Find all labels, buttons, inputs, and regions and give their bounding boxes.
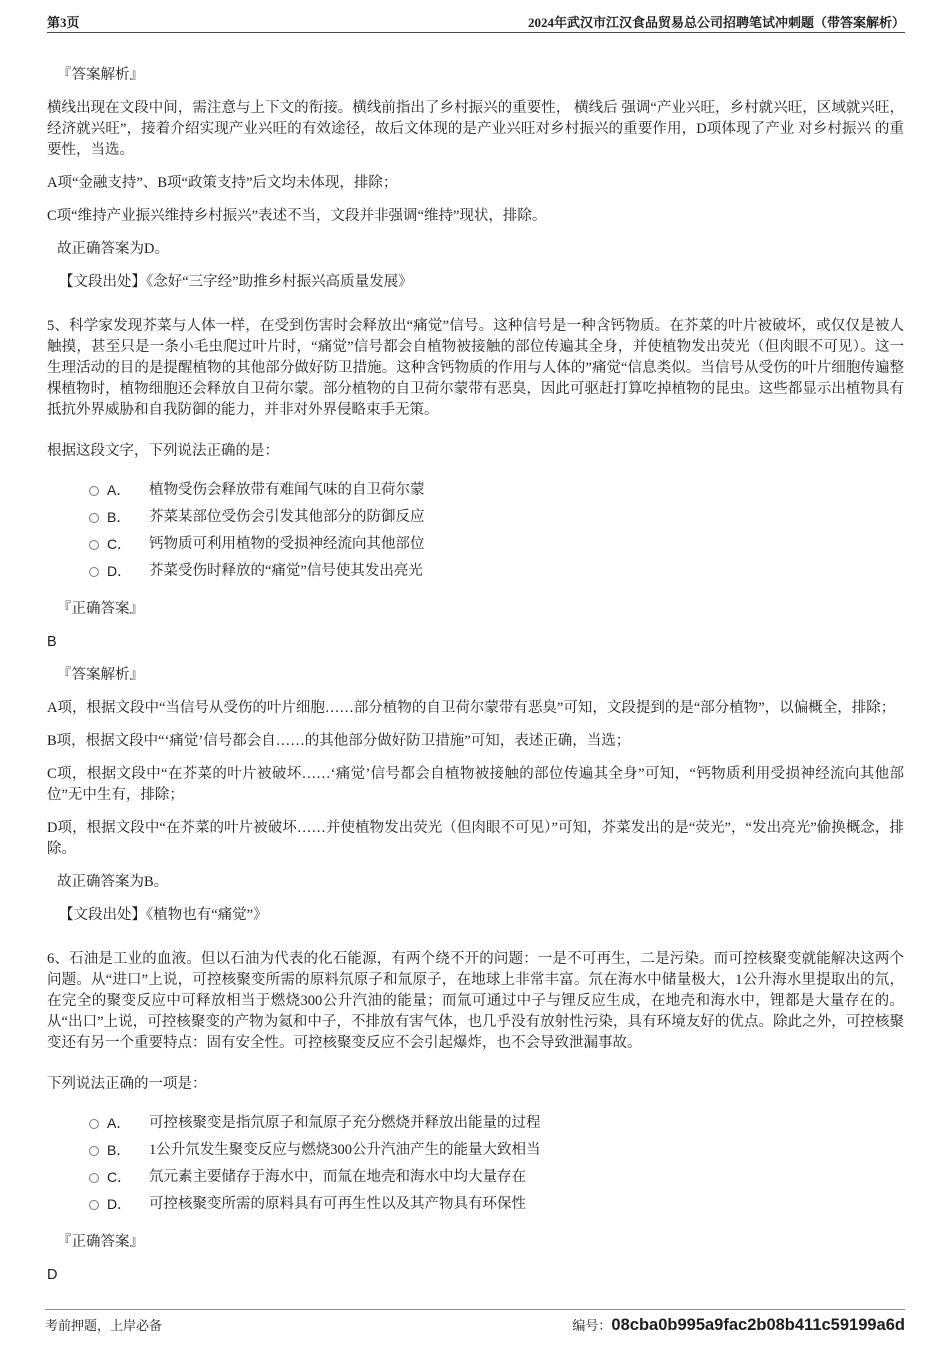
correct-answer-label: 『正确答案』 xyxy=(47,599,904,620)
option-row-a[interactable]: A． 植物受伤会释放带有难闻气味的自卫荷尔蒙 xyxy=(47,477,904,504)
correct-answer-value: B xyxy=(47,632,904,653)
footer-slogan: 考前押题，上岸必备 xyxy=(45,1315,162,1336)
correct-answer-label: 『正确答案』 xyxy=(47,1232,904,1253)
option-letter: A． xyxy=(107,480,149,501)
page-content: 『答案解析』 横线出现在文段中间，需注意与上下文的衔接。横线前指出了乡村振兴的重… xyxy=(47,33,904,1286)
page-footer: 考前押题，上岸必备 编号： 08cba0b995a9fac2b08b411c59… xyxy=(45,1309,905,1336)
option-row-d[interactable]: D． 芥菜受伤时释放的“痛觉”信号使其发出亮光 xyxy=(47,558,904,585)
analysis-paragraph: B项，根据文段中“‘痛觉’信号都会自……的其他部分做好防卫措施”可知，表述正确，… xyxy=(47,731,904,752)
option-text: 植物受伤会释放带有难闻气味的自卫荷尔蒙 xyxy=(149,480,425,501)
question-5-prompt: 根据这段文字，下列说法正确的是： xyxy=(47,441,904,462)
option-text: 1公升氘发生聚变反应与燃烧300公升汽油产生的能量大致相当 xyxy=(149,1140,541,1161)
option-row-a[interactable]: A． 可控核聚变是指氘原子和氚原子充分燃烧并释放出能量的过程 xyxy=(47,1110,904,1137)
page-number: 第3页 xyxy=(47,15,80,30)
radio-button-icon[interactable] xyxy=(89,513,99,523)
footer-code: 编号： 08cba0b995a9fac2b08b411c59199a6d xyxy=(572,1315,905,1336)
option-text: 氘元素主要储存于海水中，而氚在地壳和海水中均大量存在 xyxy=(149,1167,526,1188)
option-letter: D． xyxy=(107,561,149,582)
question-5-stem: 5、科学家发现芥菜与人体一样，在受到伤害时会释放出“痛觉”信号。这种信号是一种含… xyxy=(47,316,904,421)
option-letter: B． xyxy=(107,507,149,528)
verdict-line: 故正确答案为B。 xyxy=(47,872,904,893)
option-row-b[interactable]: B． 芥菜某部位受伤会引发其他部分的防御反应 xyxy=(47,504,904,531)
source-line: 【文段出处】《念好“三字经”助推乡村振兴高质量发展》 xyxy=(47,272,904,293)
option-row-c[interactable]: C． 钙物质可利用植物的受损神经流向其他部位 xyxy=(47,531,904,558)
option-row-b[interactable]: B． 1公升氘发生聚变反应与燃烧300公升汽油产生的能量大致相当 xyxy=(47,1137,904,1164)
code-value: 08cba0b995a9fac2b08b411c59199a6d xyxy=(611,1315,905,1336)
question-6-options: A． 可控核聚变是指氘原子和氚原子充分燃烧并释放出能量的过程 B． 1公升氘发生… xyxy=(47,1110,904,1218)
radio-button-icon[interactable] xyxy=(89,1146,99,1156)
verdict-line: 故正确答案为D。 xyxy=(47,239,904,260)
radio-button-icon[interactable] xyxy=(89,1173,99,1183)
option-row-d[interactable]: D． 可控核聚变所需的原料具有可再生性以及其产物具有环保性 xyxy=(47,1191,904,1218)
radio-button-icon[interactable] xyxy=(89,540,99,550)
analysis-paragraph: C项，根据文段中“在芥菜的叶片被破坏……‘痛觉’信号都会自植物被接触的部位传遍其… xyxy=(47,764,904,806)
option-text: 钙物质可利用植物的受损神经流向其他部位 xyxy=(149,534,425,555)
source-line: 【文段出处】《植物也有“痛觉”》 xyxy=(47,905,904,926)
analysis-paragraph: C项“维持产业振兴维持乡村振兴”表述不当，文段并非强调“维持”现状，排除。 xyxy=(47,206,904,227)
radio-button-icon[interactable] xyxy=(89,486,99,496)
option-text: 芥菜受伤时释放的“痛觉”信号使其发出亮光 xyxy=(149,561,423,582)
question-6-stem: 6、石油是工业的血液。但以石油为代表的化石能源，有两个绕不开的问题：一是不可再生… xyxy=(47,949,904,1054)
analysis-label: 『答案解析』 xyxy=(47,65,904,86)
option-row-c[interactable]: C． 氘元素主要储存于海水中，而氚在地壳和海水中均大量存在 xyxy=(47,1164,904,1191)
analysis-paragraph: 横线出现在文段中间，需注意与上下文的衔接。横线前指出了乡村振兴的重要性， 横线后… xyxy=(47,98,904,161)
option-letter: C． xyxy=(107,534,149,555)
analysis-paragraph: A项“金融支持”、B项“政策支持”后文均未体现，排除； xyxy=(47,173,904,194)
option-text: 可控核聚变所需的原料具有可再生性以及其产物具有环保性 xyxy=(149,1194,526,1215)
code-label: 编号： xyxy=(572,1315,611,1336)
analysis-paragraph: D项，根据文段中“在芥菜的叶片被破坏……并使植物发出荧光（但肉眼不可见）”可知，… xyxy=(47,818,904,860)
option-text: 芥菜某部位受伤会引发其他部分的防御反应 xyxy=(149,507,425,528)
analysis-label: 『答案解析』 xyxy=(47,665,904,686)
question-6-prompt: 下列说法正确的一项是： xyxy=(47,1074,904,1095)
question-5-options: A． 植物受伤会释放带有难闻气味的自卫荷尔蒙 B． 芥菜某部位受伤会引发其他部分… xyxy=(47,477,904,585)
analysis-paragraph: A项，根据文段中“当信号从受伤的叶片细胞……部分植物的自卫荷尔蒙带有恶臭”可知，… xyxy=(47,698,904,719)
option-letter: C． xyxy=(107,1167,149,1188)
document-title: 2024年武汉市江汉食品贸易总公司招聘笔试冲刺题（带答案解析） xyxy=(528,15,905,30)
option-text: 可控核聚变是指氘原子和氚原子充分燃烧并释放出能量的过程 xyxy=(149,1113,541,1134)
radio-button-icon[interactable] xyxy=(89,1119,99,1129)
option-letter: D． xyxy=(107,1194,149,1215)
radio-button-icon[interactable] xyxy=(89,567,99,577)
radio-button-icon[interactable] xyxy=(89,1200,99,1210)
option-letter: B． xyxy=(107,1140,149,1161)
correct-answer-value: D xyxy=(47,1265,904,1286)
option-letter: A． xyxy=(107,1113,149,1134)
page-header: 第3页 2024年武汉市江汉食品贸易总公司招聘笔试冲刺题（带答案解析） xyxy=(47,0,905,33)
